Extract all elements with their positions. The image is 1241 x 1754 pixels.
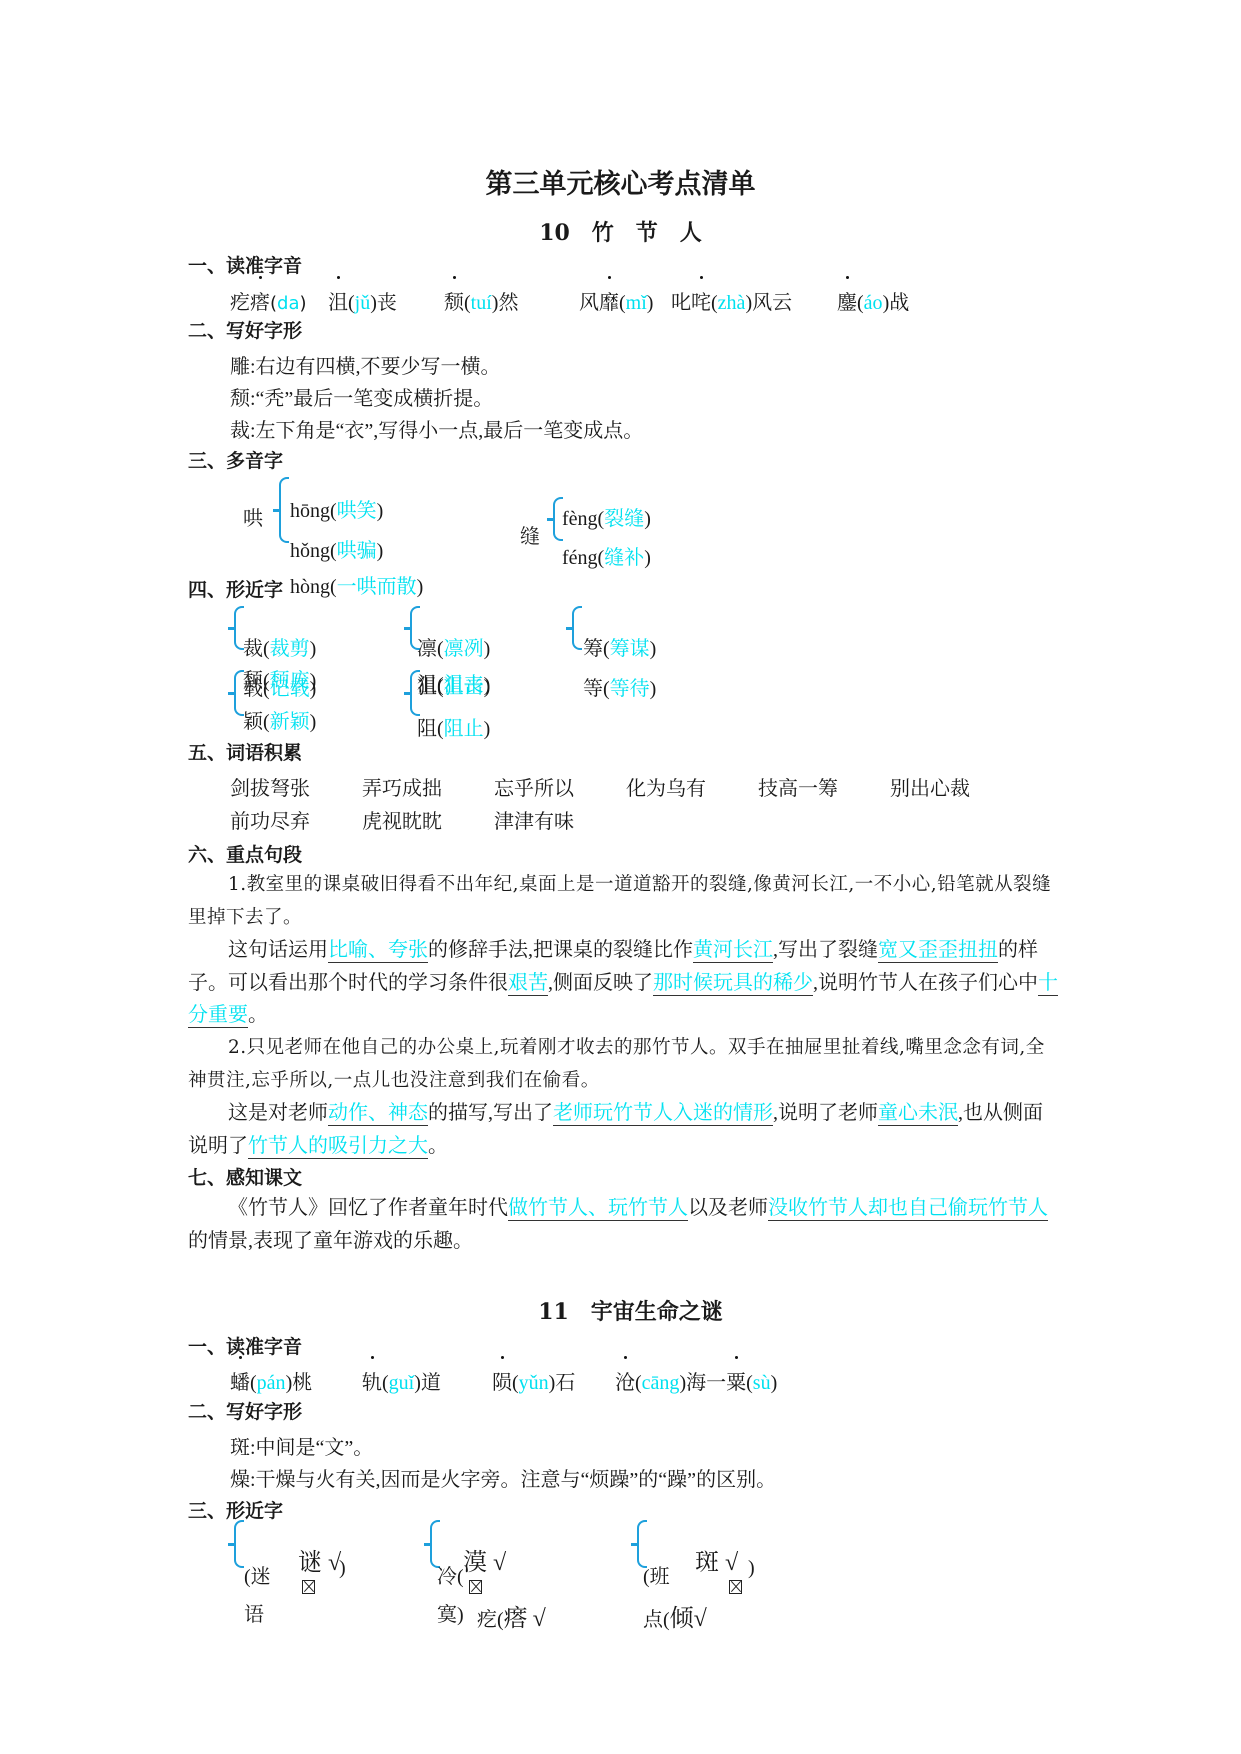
answer-blank: 黄河长江 [693, 939, 773, 963]
similar-char-b: 点(倾√ [643, 1598, 707, 1633]
l11-s3-heading: 三、形近字 [188, 1496, 283, 1523]
emphasis-dot-icon [624, 1356, 627, 1359]
l10-s3-heading: 三、多音字 [188, 446, 283, 473]
brace-icon [234, 1520, 244, 1568]
emphasis-dot-icon [846, 276, 849, 279]
similar-char-big: 谜 √ [298, 1542, 341, 1577]
reading-item: fèng(裂缝) [562, 502, 651, 531]
reading-item: hǒng(哄骗) [290, 534, 383, 563]
emphasis-dot-icon [259, 276, 262, 279]
page-title: 第三单元核心考点清单 [0, 162, 1241, 201]
similar-char-item: 等(等待) [583, 672, 656, 701]
l10-s1-heading: 一、读准字音 [188, 251, 302, 278]
l10-s2-heading: 二、写好字形 [188, 316, 302, 343]
similar-char-big: 斑 √ [695, 1542, 738, 1577]
pron-item: 沧(cāng)海一粟(sù) [615, 1366, 777, 1395]
dotted-char: 咤 [691, 286, 711, 315]
dotted-char: 颓 [444, 286, 464, 315]
similar-char-a: 冷( [437, 1560, 464, 1589]
answer-blank: 老师玩竹节人入迷的情形 [553, 1102, 773, 1126]
emphasis-dot-icon [453, 276, 456, 279]
answer-blank: 宽又歪歪扭扭 [878, 939, 998, 963]
emphasis-dot-icon [608, 276, 611, 279]
vocab-item: 别出心裁 [890, 772, 970, 801]
analysis-1: 这句话运用比喻、夸张的修辞手法,把课桌的裂缝比作黄河长江,写出了裂缝宽又歪歪扭扭… [188, 934, 1058, 1032]
answer-blank: 做竹节人、玩竹节人 [508, 1197, 688, 1221]
emphasis-dot-icon [501, 1356, 504, 1359]
similar-char-item: 筹(筹谋) [583, 632, 656, 661]
vocab-item: 技高一筹 [758, 772, 838, 801]
check-icon: √ [694, 1606, 707, 1632]
similar-char-item: 裁(裁剪) [243, 632, 316, 661]
answer-blank: 童心未泯 [878, 1102, 958, 1126]
glyph-note: 颓:“秃”最后一笔变成横折提。 [230, 382, 493, 411]
vocab-item: 弄巧成拙 [362, 772, 442, 801]
glyph-note: 雕:右边有四横,不要少写一横。 [230, 350, 501, 379]
l11-s1-heading: 一、读准字音 [188, 1332, 302, 1359]
missing-glyph-icon [469, 1580, 482, 1594]
vocab-item: 津津有味 [494, 805, 574, 834]
dotted-char: 瘩 [250, 286, 270, 315]
similar-char-big: 漠 √ [463, 1542, 506, 1577]
brace-icon [572, 606, 582, 650]
reading-item: hōng(哄笑) [290, 494, 383, 523]
vocab-item: 剑拔弩张 [230, 772, 310, 801]
similar-char-a: (班 [643, 1560, 670, 1589]
answer-blank: 比喻、夸张 [328, 939, 428, 963]
pron-item: 鏖(áo)战 [837, 286, 909, 315]
pron-item: 陨(yǔn)石 [492, 1366, 575, 1395]
dotted-char: 鏖 [837, 286, 857, 315]
dotted-char: 沮 [328, 286, 348, 315]
similar-char-item-overlay: 狙(狙击) [417, 670, 490, 699]
polyphone-char: 哄 [243, 502, 263, 531]
missing-glyph-icon [729, 1580, 742, 1594]
brace-icon [279, 477, 289, 543]
emphasis-dot-icon [337, 276, 340, 279]
pron-item: 叱咤(zhà)风云 [671, 286, 792, 315]
answer-blank: 竹节人的吸引力之大 [248, 1135, 428, 1159]
pron-item: 蟠(pán)桃 [230, 1366, 312, 1395]
vocab-item: 前功尽弃 [230, 805, 310, 834]
l10-s6-heading: 六、重点句段 [188, 840, 302, 867]
similar-char-a: (迷 [244, 1560, 271, 1589]
check-icon: √ [493, 1550, 506, 1576]
passage-1: 1.教室里的课桌破旧得看不出年纪,桌面上是一道道豁开的裂缝,像黄河长江,一不小心… [188, 869, 1058, 934]
dotted-char: 靡 [599, 286, 619, 315]
missing-glyph-icon [302, 1580, 315, 1594]
check-icon: √ [725, 1550, 738, 1576]
similar-char-b: 语 [244, 1598, 264, 1627]
glyph-note: 裁:左下角是“衣”,写得小一点,最后一笔变成点。 [230, 414, 643, 443]
lesson-11-title: 11 宇宙生命之谜 [0, 1295, 1241, 1326]
similar-char-item: 阻(阻止) [417, 712, 490, 741]
emphasis-dot-icon [371, 1356, 374, 1359]
pron-item: 颓(tuí)然 [444, 286, 518, 315]
glyph-note: 燥:干燥与火有关,因而是火字旁。注意与“烦躁”的“躁”的区别。 [230, 1463, 776, 1492]
vocab-item: 忘乎所以 [494, 772, 574, 801]
l10-s7-heading: 七、感知课文 [188, 1163, 302, 1190]
polyphone-char: 缝 [520, 520, 540, 549]
answer-blank: 那时候玩具的稀少 [653, 972, 813, 996]
similar-char-item-overlay: 载(记载) [243, 672, 316, 701]
lesson-10-title: 10 竹 节 人 [0, 216, 1241, 247]
pron-item: 疙瘩(da) [230, 286, 307, 315]
answer-blank: 艰苦 [508, 972, 548, 996]
close-paren: ) [339, 1557, 346, 1580]
similar-char-item: 凛(凛冽) [417, 632, 490, 661]
emphasis-dot-icon [700, 276, 703, 279]
emphasis-dot-icon [239, 1356, 242, 1359]
l10-s4-heading: 四、形近字 [188, 575, 283, 602]
l10-s5-heading: 五、词语积累 [188, 738, 302, 765]
similar-char-extra: 疙(瘩 √ [477, 1598, 546, 1633]
glyph-note: 斑:中间是“文”。 [230, 1431, 373, 1460]
pron-item: 轨(guǐ)道 [362, 1366, 441, 1395]
similar-char-item: 颖(新颖) [243, 705, 316, 734]
check-icon: √ [533, 1606, 546, 1632]
pron-item: 沮(jǔ)丧 [328, 286, 397, 315]
pron-item: 风靡(mǐ) [579, 286, 653, 315]
answer-blank: 动作、神态 [328, 1102, 428, 1126]
close-paren: ) [748, 1557, 755, 1580]
emphasis-dot-icon [735, 1356, 738, 1359]
passage-2: 2.只见老师在他自己的办公桌上,玩着刚才收去的那竹节人。双手在抽屉里扯着线,嘴里… [188, 1032, 1058, 1097]
reading-item: hòng(一哄而散) [290, 570, 423, 599]
reading-item: féng(缝补) [562, 541, 651, 570]
l11-s2-heading: 二、写好字形 [188, 1397, 302, 1424]
similar-char-b: 寞) [437, 1598, 464, 1627]
answer-blank: 没收竹节人却也自己偷玩竹节人 [768, 1197, 1048, 1221]
vocab-item: 虎视眈眈 [362, 805, 442, 834]
text-summary: 《竹节人》回忆了作者童年时代做竹节人、玩竹节人以及老师没收竹节人却也自己偷玩竹节… [188, 1192, 1058, 1257]
analysis-2: 这是对老师动作、神态的描写,写出了老师玩竹节人入迷的情形,说明了老师童心未泯,也… [188, 1097, 1058, 1162]
vocab-item: 化为乌有 [626, 772, 706, 801]
